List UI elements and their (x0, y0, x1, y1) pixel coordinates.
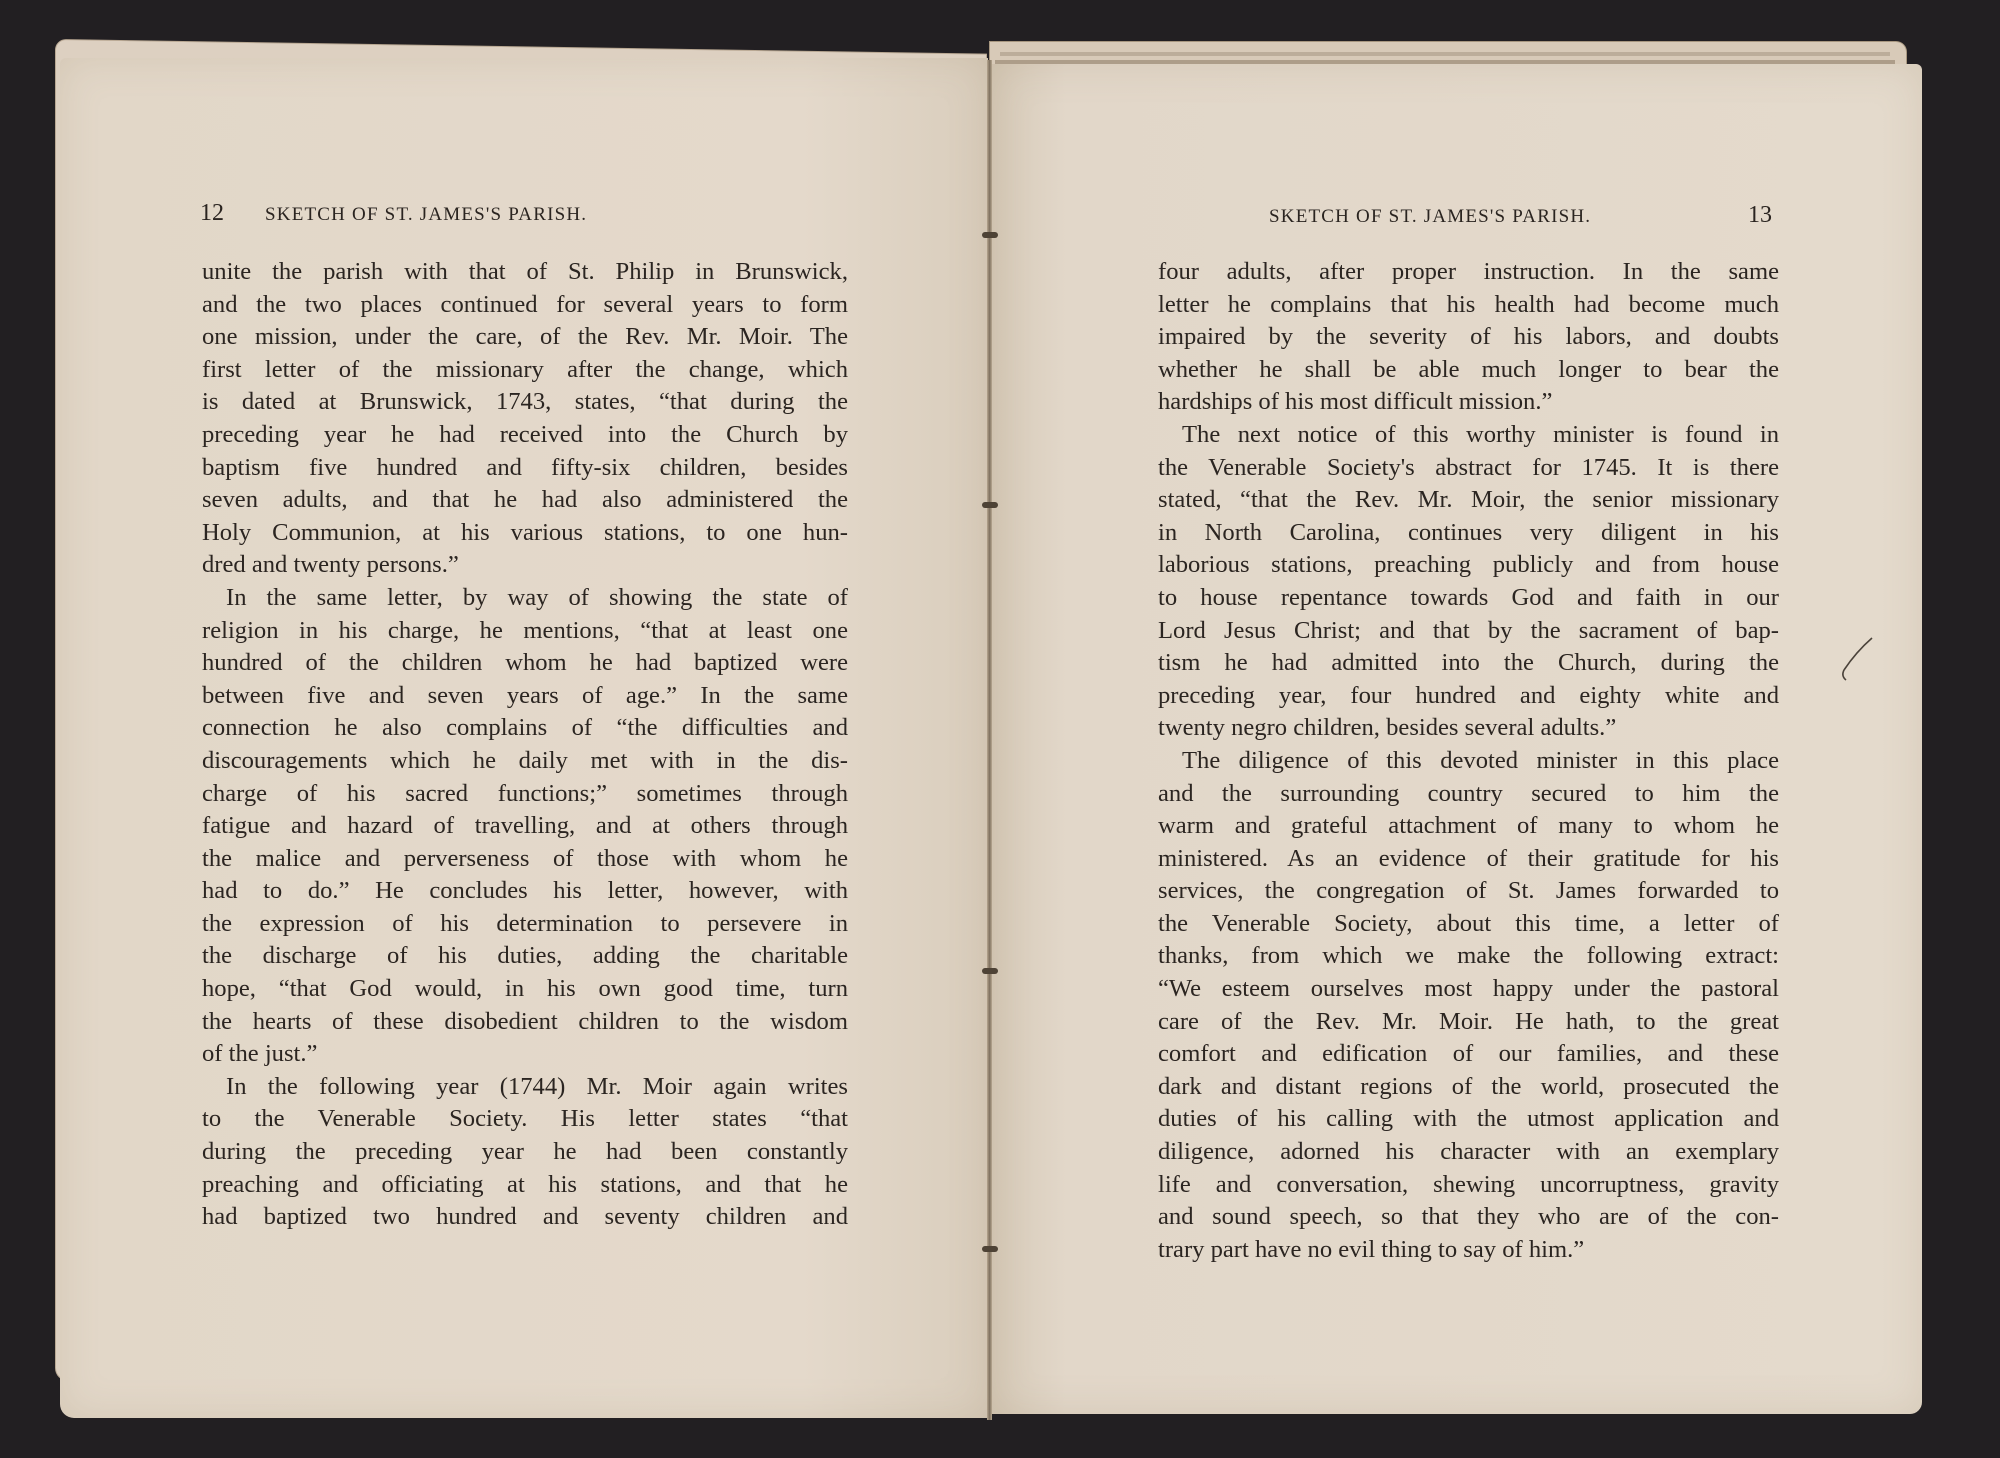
text-line: dred and twenty persons.” (202, 549, 848, 582)
page-stack-edge (1000, 52, 1890, 56)
text-line: thanks, from which we make the following… (1158, 940, 1779, 973)
page-number-left: 12 (200, 200, 224, 227)
text-line: of the just.” (202, 1038, 848, 1071)
text-line: services, the congregation of St. James … (1158, 875, 1779, 908)
text-line: warm and grateful attachment of many to … (1158, 810, 1779, 843)
text-line: In the following year (1744) Mr. Moir ag… (202, 1071, 848, 1104)
text-line: the malice and perverseness of those wit… (202, 843, 848, 876)
text-line: charge of his sacred functions;” sometim… (202, 778, 848, 811)
running-head-right: SKETCH OF ST. JAMES'S PARISH. (1269, 206, 1591, 228)
text-line: the discharge of his duties, adding the … (202, 940, 848, 973)
text-line: ministered. As an evidence of their grat… (1158, 843, 1779, 876)
text-line: letter he complains that his health had … (1158, 289, 1779, 322)
text-line: and the two places continued for several… (202, 289, 848, 322)
text-line: is dated at Brunswick, 1743, states, “th… (202, 386, 848, 419)
text-line: discouragements which he daily met with … (202, 745, 848, 778)
text-line: the Venerable Society's abstract for 174… (1158, 452, 1779, 485)
text-line: and the surrounding country secured to h… (1158, 778, 1779, 811)
text-line: impaired by the severity of his labors, … (1158, 321, 1779, 354)
text-line: care of the Rev. Mr. Moir. He hath, to t… (1158, 1006, 1779, 1039)
text-line: comfort and edification of our families,… (1158, 1038, 1779, 1071)
text-line: preaching and officiating at his station… (202, 1169, 848, 1202)
text-line: tism he had admitted into the Church, du… (1158, 647, 1779, 680)
text-line: the expression of his determination to p… (202, 908, 848, 941)
text-line: The diligence of this devoted minister i… (1158, 745, 1779, 778)
right-page-text: four adults, after proper instruction. I… (1158, 256, 1779, 1266)
text-line: Holy Communion, at his various stations,… (202, 517, 848, 550)
text-line: whether he shall be able much longer to … (1158, 354, 1779, 387)
text-line: religion in his charge, he mentions, “th… (202, 615, 848, 648)
text-line: to house repentance towards God and fait… (1158, 582, 1779, 615)
text-line: fatigue and hazard of travelling, and at… (202, 810, 848, 843)
left-page: 12 SKETCH OF ST. JAMES'S PARISH. unite t… (60, 58, 988, 1418)
binding-stitch (982, 232, 998, 238)
book-gutter (987, 60, 992, 1420)
text-line: laborious stations, preaching publicly a… (1158, 549, 1779, 582)
binding-stitch (982, 1246, 998, 1252)
text-line: “We esteem ourselves most happy under th… (1158, 973, 1779, 1006)
text-line: during the preceding year he had been co… (202, 1136, 848, 1169)
text-line: four adults, after proper instruction. I… (1158, 256, 1779, 289)
text-line: preceding year he had received into the … (202, 419, 848, 452)
text-line: hardships of his most difficult mission.… (1158, 386, 1779, 419)
pencil-check-mark-icon (1836, 632, 1876, 682)
text-line: and sound speech, so that they who are o… (1158, 1201, 1779, 1234)
text-line: the hearts of these disobedient children… (202, 1006, 848, 1039)
text-line: The next notice of this worthy minister … (1158, 419, 1779, 452)
text-line: stated, “that the Rev. Mr. Moir, the sen… (1158, 484, 1779, 517)
text-line: diligence, adorned his character with an… (1158, 1136, 1779, 1169)
text-line: life and conversation, shewing uncorrupt… (1158, 1169, 1779, 1202)
text-line: baptism five hundred and fifty-six child… (202, 452, 848, 485)
text-line: duties of his calling with the utmost ap… (1158, 1103, 1779, 1136)
text-line: to the Venerable Society. His letter sta… (202, 1103, 848, 1136)
text-line: connection he also complains of “the dif… (202, 712, 848, 745)
text-line: twenty negro children, besides several a… (1158, 712, 1779, 745)
text-line: first letter of the missionary after the… (202, 354, 848, 387)
text-line: the Venerable Society, about this time, … (1158, 908, 1779, 941)
running-head-left: SKETCH OF ST. JAMES'S PARISH. (265, 204, 587, 226)
binding-stitch (982, 502, 998, 508)
text-line: between five and seven years of age.” In… (202, 680, 848, 713)
text-line: unite the parish with that of St. Philip… (202, 256, 848, 289)
left-page-text: unite the parish with that of St. Philip… (202, 256, 848, 1234)
text-line: dark and distant regions of the world, p… (1158, 1071, 1779, 1104)
right-page: SKETCH OF ST. JAMES'S PARISH. 13 four ad… (992, 64, 1922, 1414)
text-line: one mission, under the care, of the Rev.… (202, 321, 848, 354)
text-line: In the same letter, by way of showing th… (202, 582, 848, 615)
text-line: preceding year, four hundred and eighty … (1158, 680, 1779, 713)
text-line: had to do.” He concludes his letter, how… (202, 875, 848, 908)
book-scene: 12 SKETCH OF ST. JAMES'S PARISH. unite t… (0, 0, 2000, 1458)
text-line: seven adults, and that he had also admin… (202, 484, 848, 517)
text-line: in North Carolina, continues very dilige… (1158, 517, 1779, 550)
text-line: had baptized two hundred and seventy chi… (202, 1201, 848, 1234)
binding-stitch (982, 968, 998, 974)
text-line: hundred of the children whom he had bapt… (202, 647, 848, 680)
page-number-right: 13 (1748, 202, 1772, 229)
text-line: trary part have no evil thing to say of … (1158, 1234, 1779, 1267)
text-line: Lord Jesus Christ; and that by the sacra… (1158, 615, 1779, 648)
text-line: hope, “that God would, in his own good t… (202, 973, 848, 1006)
